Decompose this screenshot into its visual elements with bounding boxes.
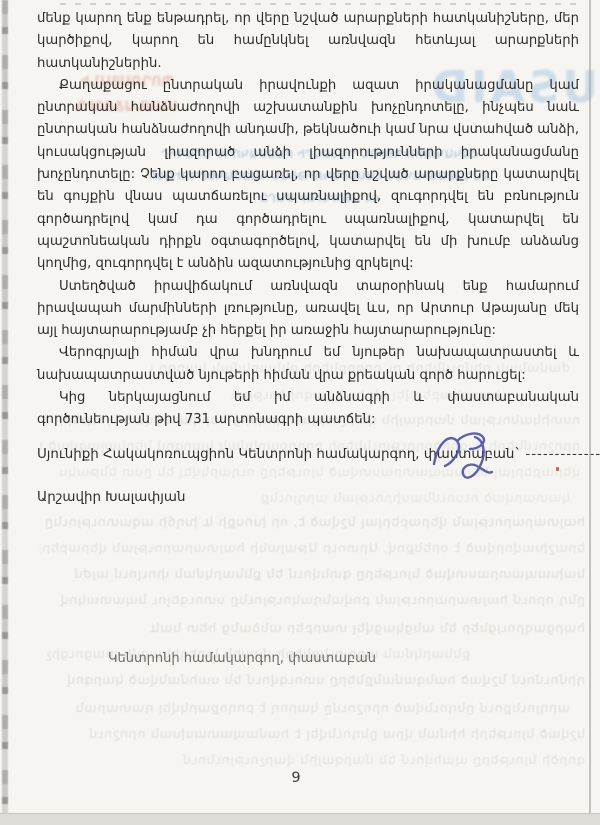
bleed-line: նշված նյութերի հիման վրա ընդունվել է համ… bbox=[40, 726, 585, 742]
scan-edge-left bbox=[2, 0, 8, 825]
bleed-line: գործի նյութերը պահվում են մարզային վարչո… bbox=[40, 752, 585, 768]
document-body: մենք կարող ենք ենթադրել, որ վերը նշված ա… bbox=[37, 8, 579, 432]
bleed-line: արդյունքում ընդունված որոշումը կարող է բ… bbox=[60, 700, 570, 716]
bleed-line: ընդ որում հայտարարության բովանդակություն… bbox=[40, 592, 585, 608]
red-ink-fleck bbox=[556, 467, 559, 471]
scan-edge-right bbox=[589, 0, 591, 825]
bleed-line: նախապատրաստված նյութերը գտնվում են քննար… bbox=[40, 566, 585, 582]
bleed-line: հարցազրույցներ են անցկացվել տարբեր անձան… bbox=[40, 620, 585, 636]
scan-edge-top bbox=[60, 3, 580, 5]
bleed-line: հայտարարության վերաբերյալ նշված է, որ խո… bbox=[40, 514, 585, 530]
scan-edge-bottom bbox=[0, 813, 600, 825]
handwritten-signature-ink bbox=[428, 428, 524, 490]
paragraph: Կից ներկայացնում եմ իմ անձնագրի և փաստաբ… bbox=[37, 387, 579, 432]
signatory-name: Արշավիր Խալափյան bbox=[37, 490, 185, 505]
bleed-line: կատարված ուսումնասիրության արդյունքում պ… bbox=[260, 490, 570, 506]
offset-print-line: Կենտրոնի համակարգող, փաստաբան bbox=[108, 651, 376, 666]
paragraph: Վերոգրյալի հիման վրա խնդրում եմ նյութեր … bbox=[37, 342, 579, 387]
paragraph: Ստեղծված իրավիճակում առնվազն տարօրինակ ե… bbox=[37, 276, 579, 343]
page-number: 9 bbox=[282, 770, 310, 786]
paragraph: մենք կարող ենք ենթադրել, որ վերը նշված ա… bbox=[37, 8, 579, 75]
paragraph: Քաղաքացու ընտրական իրավունքի ազատ իրական… bbox=[37, 75, 579, 276]
bleed-line: դիմումում նշված հանգամանքները ստուգվում … bbox=[40, 672, 585, 688]
bleed-line: երաշխավորված է օրենքով, Արտուր Աթայանի հ… bbox=[40, 540, 585, 556]
